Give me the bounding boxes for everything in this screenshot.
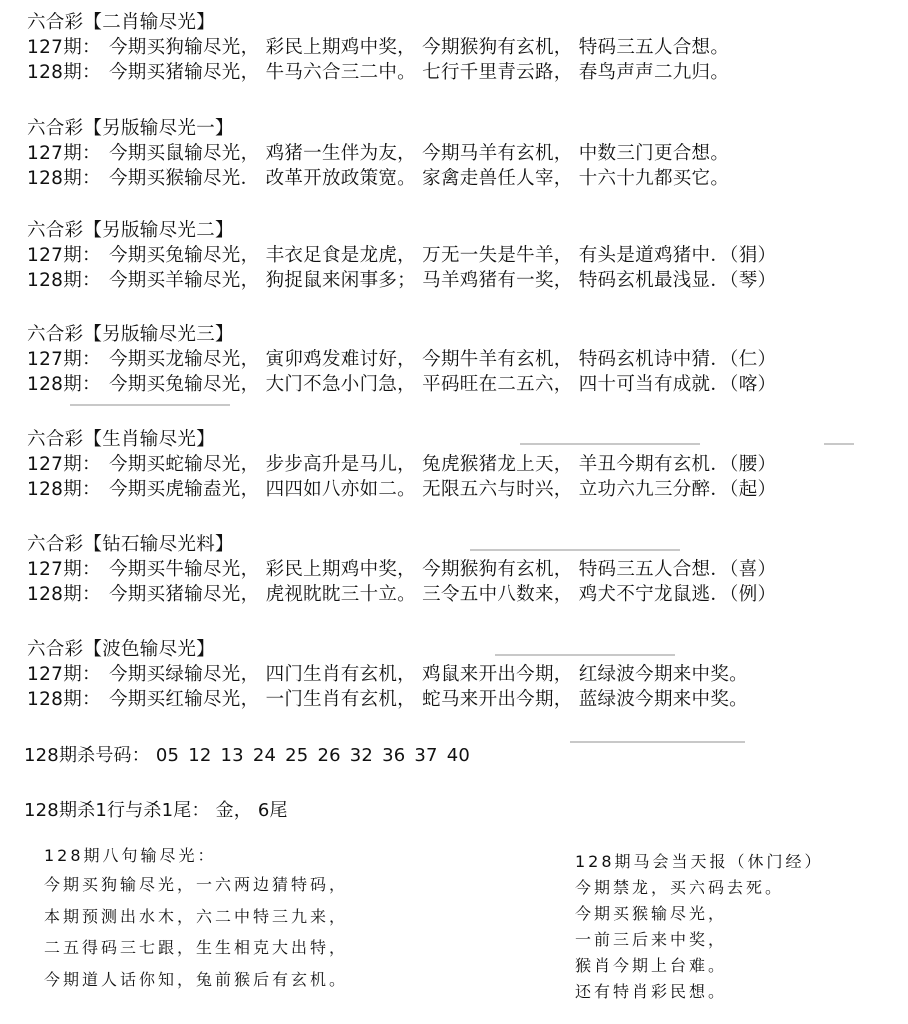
kill-element-tail-row: 128期杀1行与杀1尾： 金， 6尾: [24, 796, 288, 822]
period-label: 128期：: [27, 166, 109, 191]
kill-number: 05: [156, 745, 179, 766]
period-label: 128期：: [27, 582, 109, 607]
section-title: 六合彩【钻石输尽光料】: [27, 532, 776, 557]
section-sheng-xiao: 六合彩【生肖输尽光】 127期：今期买蛇输尽光， 步步高升是马儿， 兔虎猴猪龙上…: [27, 427, 776, 502]
prediction-text: 今期买羊输尽光， 狗捉鼠来闲事多； 马羊鸡猪有一奖， 特码玄机最浅显．（琴）: [109, 270, 776, 291]
section-title: 六合彩【另版输尽光一】: [27, 116, 729, 141]
prediction-text: 今期买兔输尽光， 丰衣足食是龙虎， 万无一失是牛羊， 有头是道鸡猪中．（狷）: [109, 245, 776, 266]
kill-number: 37: [414, 745, 437, 766]
period-label: 128期：: [27, 268, 109, 293]
period-label: 127期：: [27, 243, 109, 268]
kill-number: 13: [221, 745, 244, 766]
section-bo-se: 六合彩【波色输尽光】 127期：今期买绿输尽光， 四门生肖有玄机， 鸡鼠来开出今…: [27, 637, 748, 712]
poem-line: 还有特肖彩民想。: [575, 979, 824, 1005]
prediction-text: 今期买猴输尽光． 改革开放政策宽。 家禽走兽任人宰， 十六十九都买它。: [109, 168, 729, 189]
scan-artifact: [570, 741, 745, 743]
period-label: 128期：: [27, 687, 109, 712]
section-title: 六合彩【波色输尽光】: [27, 637, 748, 662]
prediction-line-127: 127期：今期买牛输尽光， 彩民上期鸡中奖， 今期猴狗有玄机， 特码三五人合想．…: [27, 557, 776, 582]
period-label: 127期：: [27, 557, 109, 582]
scan-artifact: [824, 443, 854, 445]
section-er-xiao: 六合彩【二肖输尽光】 127期：今期买狗输尽光， 彩民上期鸡中奖， 今期猴狗有玄…: [27, 10, 729, 85]
period-label: 128期：: [27, 60, 109, 85]
poem-eight-lines: 128期八句输尽光： 今期买狗输尽光，一六两边猜特码， 本期预测出水木，六二中特…: [44, 843, 348, 995]
prediction-text: 今期买龙输尽光， 寅卯鸡发难讨好， 今期牛羊有玄机， 特码玄机诗中猜．（仁）: [109, 349, 776, 370]
kill-numbers-label: 128期杀号码：: [24, 745, 150, 766]
kill-number: 12: [188, 745, 211, 766]
prediction-text: 今期买绿输尽光， 四门生肖有玄机， 鸡鼠来开出今期， 红绿波今期来中奖。: [109, 664, 748, 685]
prediction-line-128: 128期：今期买猪输尽光， 牛马六合三二中。 七行千里青云路， 春鸟声声二九归。: [27, 60, 729, 85]
prediction-text: 今期买蛇输尽光， 步步高升是马儿， 兔虎猴猪龙上天， 羊丑今期有玄机．（腰）: [109, 454, 776, 475]
prediction-text: 今期买猪输尽光， 虎视眈眈三十立。 三令五中八数来， 鸡犬不宁龙鼠逃．（例）: [109, 584, 776, 605]
prediction-text: 今期买兔输尽光， 大门不急小门急， 平码旺在二五六， 四十可当有成就．（喀）: [109, 374, 776, 395]
poem-title: 128期八句输尽光：: [44, 843, 348, 869]
prediction-text: 今期买红输尽光， 一门生肖有玄机， 蛇马来开出今期， 蓝绿波今期来中奖。: [109, 689, 748, 710]
prediction-text: 今期买狗输尽光， 彩民上期鸡中奖， 今期猴狗有玄机， 特码三五人合想。: [109, 37, 729, 58]
prediction-line-127: 127期：今期买蛇输尽光， 步步高升是马儿， 兔虎猴猪龙上天， 羊丑今期有玄机．…: [27, 452, 776, 477]
poem-line: 今期道人话你知，兔前猴后有玄机。: [44, 964, 348, 996]
section-title: 六合彩【另版输尽光三】: [27, 322, 776, 347]
prediction-text: 今期买猪输尽光， 牛马六合三二中。 七行千里青云路， 春鸟声声二九归。: [109, 62, 729, 83]
poem-line: 今期禁龙，买六码去死。: [575, 875, 824, 901]
prediction-line-127: 127期：今期买兔输尽光， 丰衣足食是龙虎， 万无一失是牛羊， 有头是道鸡猪中．…: [27, 243, 776, 268]
kill-number: 36: [382, 745, 405, 766]
kill-number: 40: [447, 745, 470, 766]
period-label: 127期：: [27, 662, 109, 687]
kill-numbers-list: 05121324252632363740: [156, 745, 479, 766]
poem-line: 今期买猴输尽光，: [575, 901, 824, 927]
prediction-text: 今期买鼠输尽光， 鸡猪一生伴为友， 今期马羊有玄机， 中数三门更合想。: [109, 143, 729, 164]
scan-artifact: [470, 549, 680, 551]
prediction-line-127: 127期：今期买龙输尽光， 寅卯鸡发难讨好， 今期牛羊有玄机， 特码玄机诗中猜．…: [27, 347, 776, 372]
kill-element-tail-text: 128期杀1行与杀1尾： 金， 6尾: [24, 800, 288, 821]
period-label: 128期：: [27, 477, 109, 502]
poem-line: 一前三后来中奖，: [575, 927, 824, 953]
section-ling-ban-2: 六合彩【另版输尽光二】 127期：今期买兔输尽光， 丰衣足食是龙虎， 万无一失是…: [27, 218, 776, 293]
prediction-line-128: 128期：今期买猴输尽光． 改革开放政策宽。 家禽走兽任人宰， 十六十九都买它。: [27, 166, 729, 191]
prediction-line-128: 128期：今期买羊输尽光， 狗捉鼠来闲事多； 马羊鸡猪有一奖， 特码玄机最浅显．…: [27, 268, 776, 293]
prediction-text: 今期买虎输盍光， 四四如八亦如二。 无限五六与时兴， 立功六九三分醉．（起）: [109, 479, 776, 500]
section-ling-ban-3: 六合彩【另版输尽光三】 127期：今期买龙输尽光， 寅卯鸡发难讨好， 今期牛羊有…: [27, 322, 776, 397]
kill-number: 24: [253, 745, 276, 766]
poem-horse-club: 128期马会当天报（休门经） 今期禁龙，买六码去死。 今期买猴输尽光， 一前三后…: [575, 849, 824, 1005]
kill-number: 26: [317, 745, 340, 766]
prediction-line-127: 127期：今期买绿输尽光， 四门生肖有玄机， 鸡鼠来开出今期， 红绿波今期来中奖…: [27, 662, 748, 687]
poem-line: 猴肖今期上台难。: [575, 953, 824, 979]
section-ling-ban-1: 六合彩【另版输尽光一】 127期：今期买鼠输尽光， 鸡猪一生伴为友， 今期马羊有…: [27, 116, 729, 191]
prediction-line-128: 128期：今期买兔输尽光， 大门不急小门急， 平码旺在二五六， 四十可当有成就．…: [27, 372, 776, 397]
period-label: 127期：: [27, 141, 109, 166]
period-label: 127期：: [27, 452, 109, 477]
kill-number: 32: [350, 745, 373, 766]
period-label: 128期：: [27, 372, 109, 397]
kill-number: 25: [285, 745, 308, 766]
kill-numbers-row: 128期杀号码： 05121324252632363740: [24, 741, 479, 767]
prediction-line-128: 128期：今期买红输尽光， 一门生肖有玄机， 蛇马来开出今期， 蓝绿波今期来中奖…: [27, 687, 748, 712]
section-title: 六合彩【二肖输尽光】: [27, 10, 729, 35]
poem-line: 二五得码三七跟，生生相克大出特，: [44, 932, 348, 964]
period-label: 127期：: [27, 35, 109, 60]
scan-artifact: [495, 654, 675, 656]
prediction-line-127: 127期：今期买狗输尽光， 彩民上期鸡中奖， 今期猴狗有玄机， 特码三五人合想。: [27, 35, 729, 60]
poem-line: 本期预测出水木，六二中特三九来，: [44, 901, 348, 933]
scan-artifact: [520, 443, 700, 445]
poem-title: 128期马会当天报（休门经）: [575, 849, 824, 875]
period-label: 127期：: [27, 347, 109, 372]
section-title: 六合彩【生肖输尽光】: [27, 427, 776, 452]
section-zuan-shi: 六合彩【钻石输尽光料】 127期：今期买牛输尽光， 彩民上期鸡中奖， 今期猴狗有…: [27, 532, 776, 607]
poem-line: 今期买狗输尽光，一六两边猜特码，: [44, 869, 348, 901]
prediction-line-127: 127期：今期买鼠输尽光， 鸡猪一生伴为友， 今期马羊有玄机， 中数三门更合想。: [27, 141, 729, 166]
scan-artifact: [70, 404, 230, 406]
prediction-text: 今期买牛输尽光， 彩民上期鸡中奖， 今期猴狗有玄机， 特码三五人合想．（喜）: [109, 559, 776, 580]
section-title: 六合彩【另版输尽光二】: [27, 218, 776, 243]
prediction-line-128: 128期：今期买虎输盍光， 四四如八亦如二。 无限五六与时兴， 立功六九三分醉．…: [27, 477, 776, 502]
prediction-line-128: 128期：今期买猪输尽光， 虎视眈眈三十立。 三令五中八数来， 鸡犬不宁龙鼠逃．…: [27, 582, 776, 607]
